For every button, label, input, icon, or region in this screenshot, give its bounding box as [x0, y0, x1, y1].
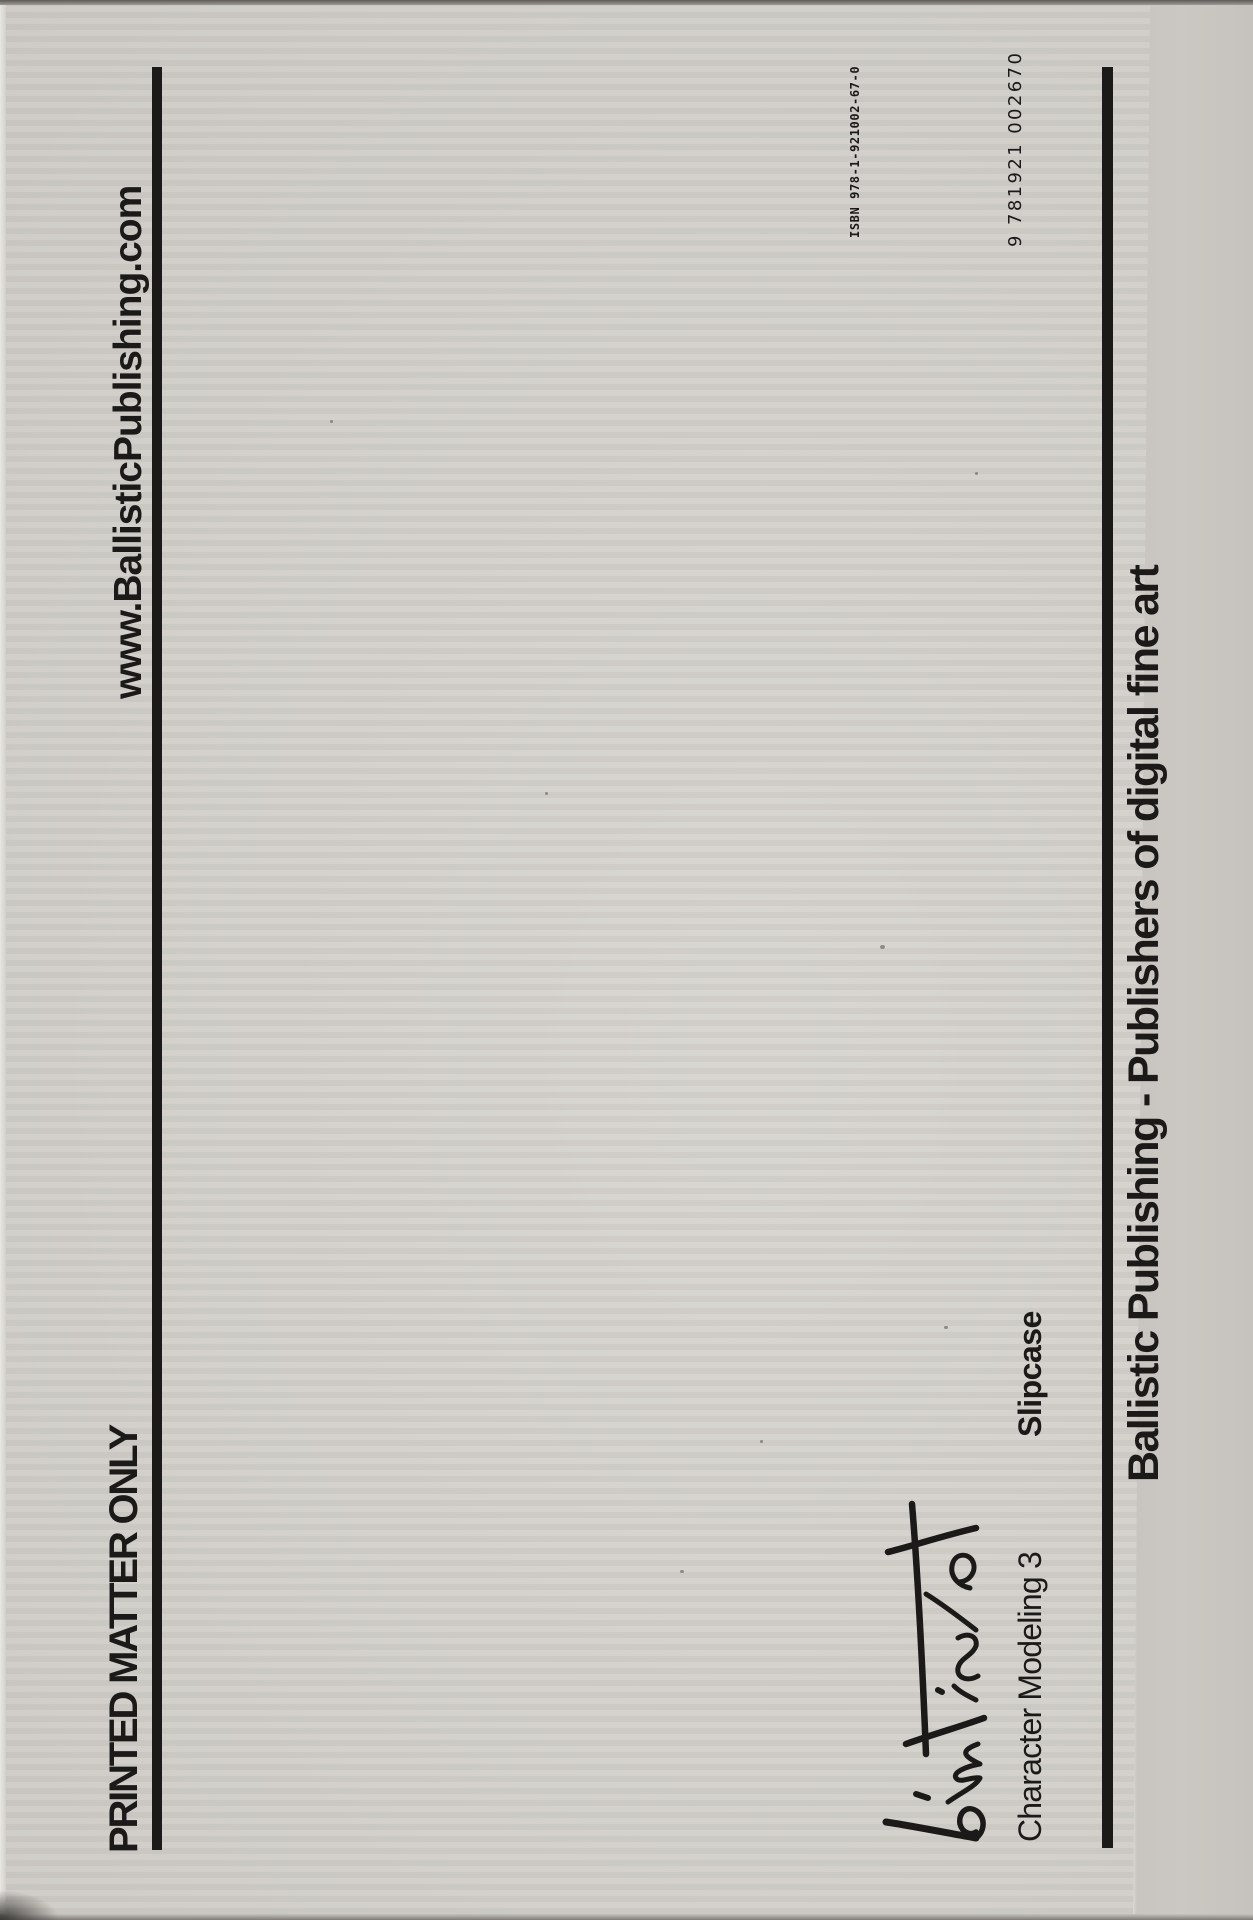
barcode-icon	[848, 62, 1028, 248]
isbn-label: ISBN 978-1-921002-67-0	[849, 66, 862, 238]
speck	[680, 1570, 684, 1573]
speck	[330, 420, 333, 423]
dartiste-logo	[872, 1486, 992, 1850]
cardboard-surface	[0, 0, 1253, 1920]
speck	[545, 792, 548, 795]
publisher-tagline: Ballistic Publishing - Publishers of dig…	[1124, 566, 1164, 1482]
product-title: Character Modeling 3	[1014, 1552, 1046, 1842]
barcode-digits: 9 781921 002670	[1006, 51, 1026, 247]
top-edge	[0, 0, 1253, 5]
corner-shadow	[0, 1890, 60, 1920]
product-variant: Slipcase	[1014, 1311, 1046, 1437]
speck	[760, 1440, 763, 1443]
bottom-edge	[0, 1914, 1253, 1920]
speck	[880, 945, 885, 949]
left-rule	[152, 67, 162, 1850]
publisher-url: www.BallisticPublishing.com	[111, 186, 147, 699]
printed-matter-notice: PRINTED MATTER ONLY	[106, 1426, 142, 1853]
left-edge	[0, 0, 6, 1920]
speck	[975, 472, 978, 475]
speck	[944, 1326, 948, 1329]
right-rule	[1102, 67, 1113, 1848]
